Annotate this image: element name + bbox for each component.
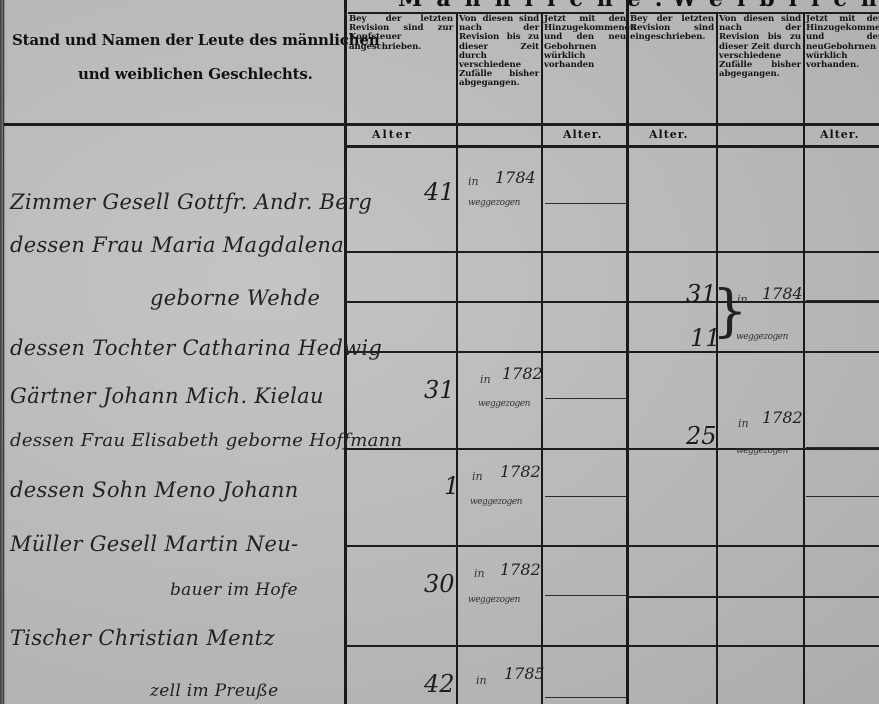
main-heading-line-1: Stand und Namen der Leute des männlichen: [12, 33, 379, 48]
female-departed-in: in: [738, 418, 749, 429]
entry-name: dessen Tochter Catharina Hedwig: [10, 338, 382, 359]
male-age: 31: [424, 378, 455, 402]
male-col2-header: Von diesen sind nach der Revision bis zu…: [459, 15, 539, 89]
grid-hline-row: [345, 645, 879, 647]
female-col3-alter: Alter.: [820, 129, 859, 140]
grid-hline-row: [345, 545, 879, 547]
grid-vline: [803, 12, 805, 704]
entry-name: geborne Wehde: [150, 288, 320, 309]
entry-name: dessen Frau Maria Magdalena: [10, 235, 344, 256]
grid-hline-banner-female: [630, 12, 879, 14]
banner-male: Männliche.: [398, 0, 676, 10]
female-departed-year: 1782: [762, 410, 803, 426]
male-departed-in: in: [476, 675, 487, 686]
grid-hline-partial: [545, 203, 626, 204]
female-departed-note: weggezogen: [736, 447, 788, 456]
male-age: 41: [424, 180, 455, 204]
male-departed-in: in: [472, 471, 483, 482]
male-departed-in: in: [474, 568, 485, 579]
grid-hline-partial: [545, 697, 626, 698]
female-col2-header: Von diesen sind nach der Revision bis zu…: [719, 15, 801, 79]
main-heading-line-2: und weiblichen Geschlechts.: [78, 67, 313, 82]
male-departed-year: 1784: [495, 170, 536, 186]
grid-hline-banner-male: [348, 12, 624, 14]
entry-name: Gärtner Johann Mich. Kielau: [10, 386, 324, 407]
female-col1-alter: Alter.: [649, 129, 688, 140]
male-age: 30: [424, 572, 455, 596]
grid-vline: [716, 12, 718, 704]
male-departed-year: 1782: [502, 366, 543, 382]
female-departed-note: weggezogen: [736, 333, 788, 342]
male-departed-year: 1785: [504, 666, 545, 682]
male-col3-header: Jetzt mit den Hinzugekommenen und den ne…: [544, 15, 626, 70]
male-departed-year: 1782: [500, 464, 541, 480]
female-departed-in: in: [737, 294, 748, 305]
grid-hline-row: [345, 351, 879, 353]
male-departed-note: weggezogen: [468, 596, 520, 605]
entry-name: Müller Gesell Martin Neu-: [10, 534, 298, 555]
entry-name: zell im Preuße: [150, 683, 278, 700]
female-departed-year: 1784: [762, 286, 803, 302]
male-age: 42: [424, 672, 455, 696]
entry-name: Zimmer Gesell Gottfr. Andr. Berg: [10, 192, 372, 213]
male-age: 1: [444, 474, 459, 498]
male-departed-year: 1782: [500, 562, 541, 578]
grid-hline-row: [345, 448, 879, 450]
grid-hline-partial: [806, 300, 879, 301]
entry-name: bauer im Hofe: [170, 582, 298, 599]
grid-hline-alter-bottom: [345, 145, 879, 148]
male-departed-note: weggezogen: [478, 400, 530, 409]
entry-name: dessen Frau Elisabeth geborne Hoffmann: [10, 432, 402, 450]
grid-vline: [456, 12, 458, 704]
grid-hline-row: [345, 251, 879, 253]
grid-vline: [541, 12, 543, 704]
male-departed-note: weggezogen: [470, 498, 522, 507]
grid-vline-left-edge: [3, 0, 4, 704]
banner-female: Weibliche.: [672, 0, 879, 10]
male-departed-note: weggezogen: [468, 199, 520, 208]
entry-name: dessen Sohn Meno Johann: [10, 480, 299, 501]
female-age: 25: [686, 424, 717, 448]
male-col1-header: Bey der letzten Revision sind zur Kopfst…: [349, 15, 453, 52]
grid-hline-partial: [545, 398, 626, 399]
grid-hline-row: [626, 596, 879, 598]
female-col3-header: Jetzt mit den Hinzugekommenen und den ne…: [806, 15, 879, 70]
grid-hline-partial: [545, 496, 626, 497]
male-col3-alter: Alter.: [563, 129, 602, 140]
male-departed-in: in: [468, 176, 479, 187]
grid-hline-partial: [806, 496, 879, 497]
entry-name: Tischer Christian Mentz: [10, 628, 275, 649]
register-page: Stand und Namen der Leute des männlichen…: [0, 0, 879, 704]
male-departed-in: in: [480, 374, 491, 385]
grid-hline-heading-bottom: [4, 123, 879, 126]
female-col1-header: Bey der letzten Revision sind eingeschri…: [630, 15, 714, 43]
male-col1-alter: Alter: [372, 129, 413, 140]
grid-hline-partial: [545, 595, 626, 596]
